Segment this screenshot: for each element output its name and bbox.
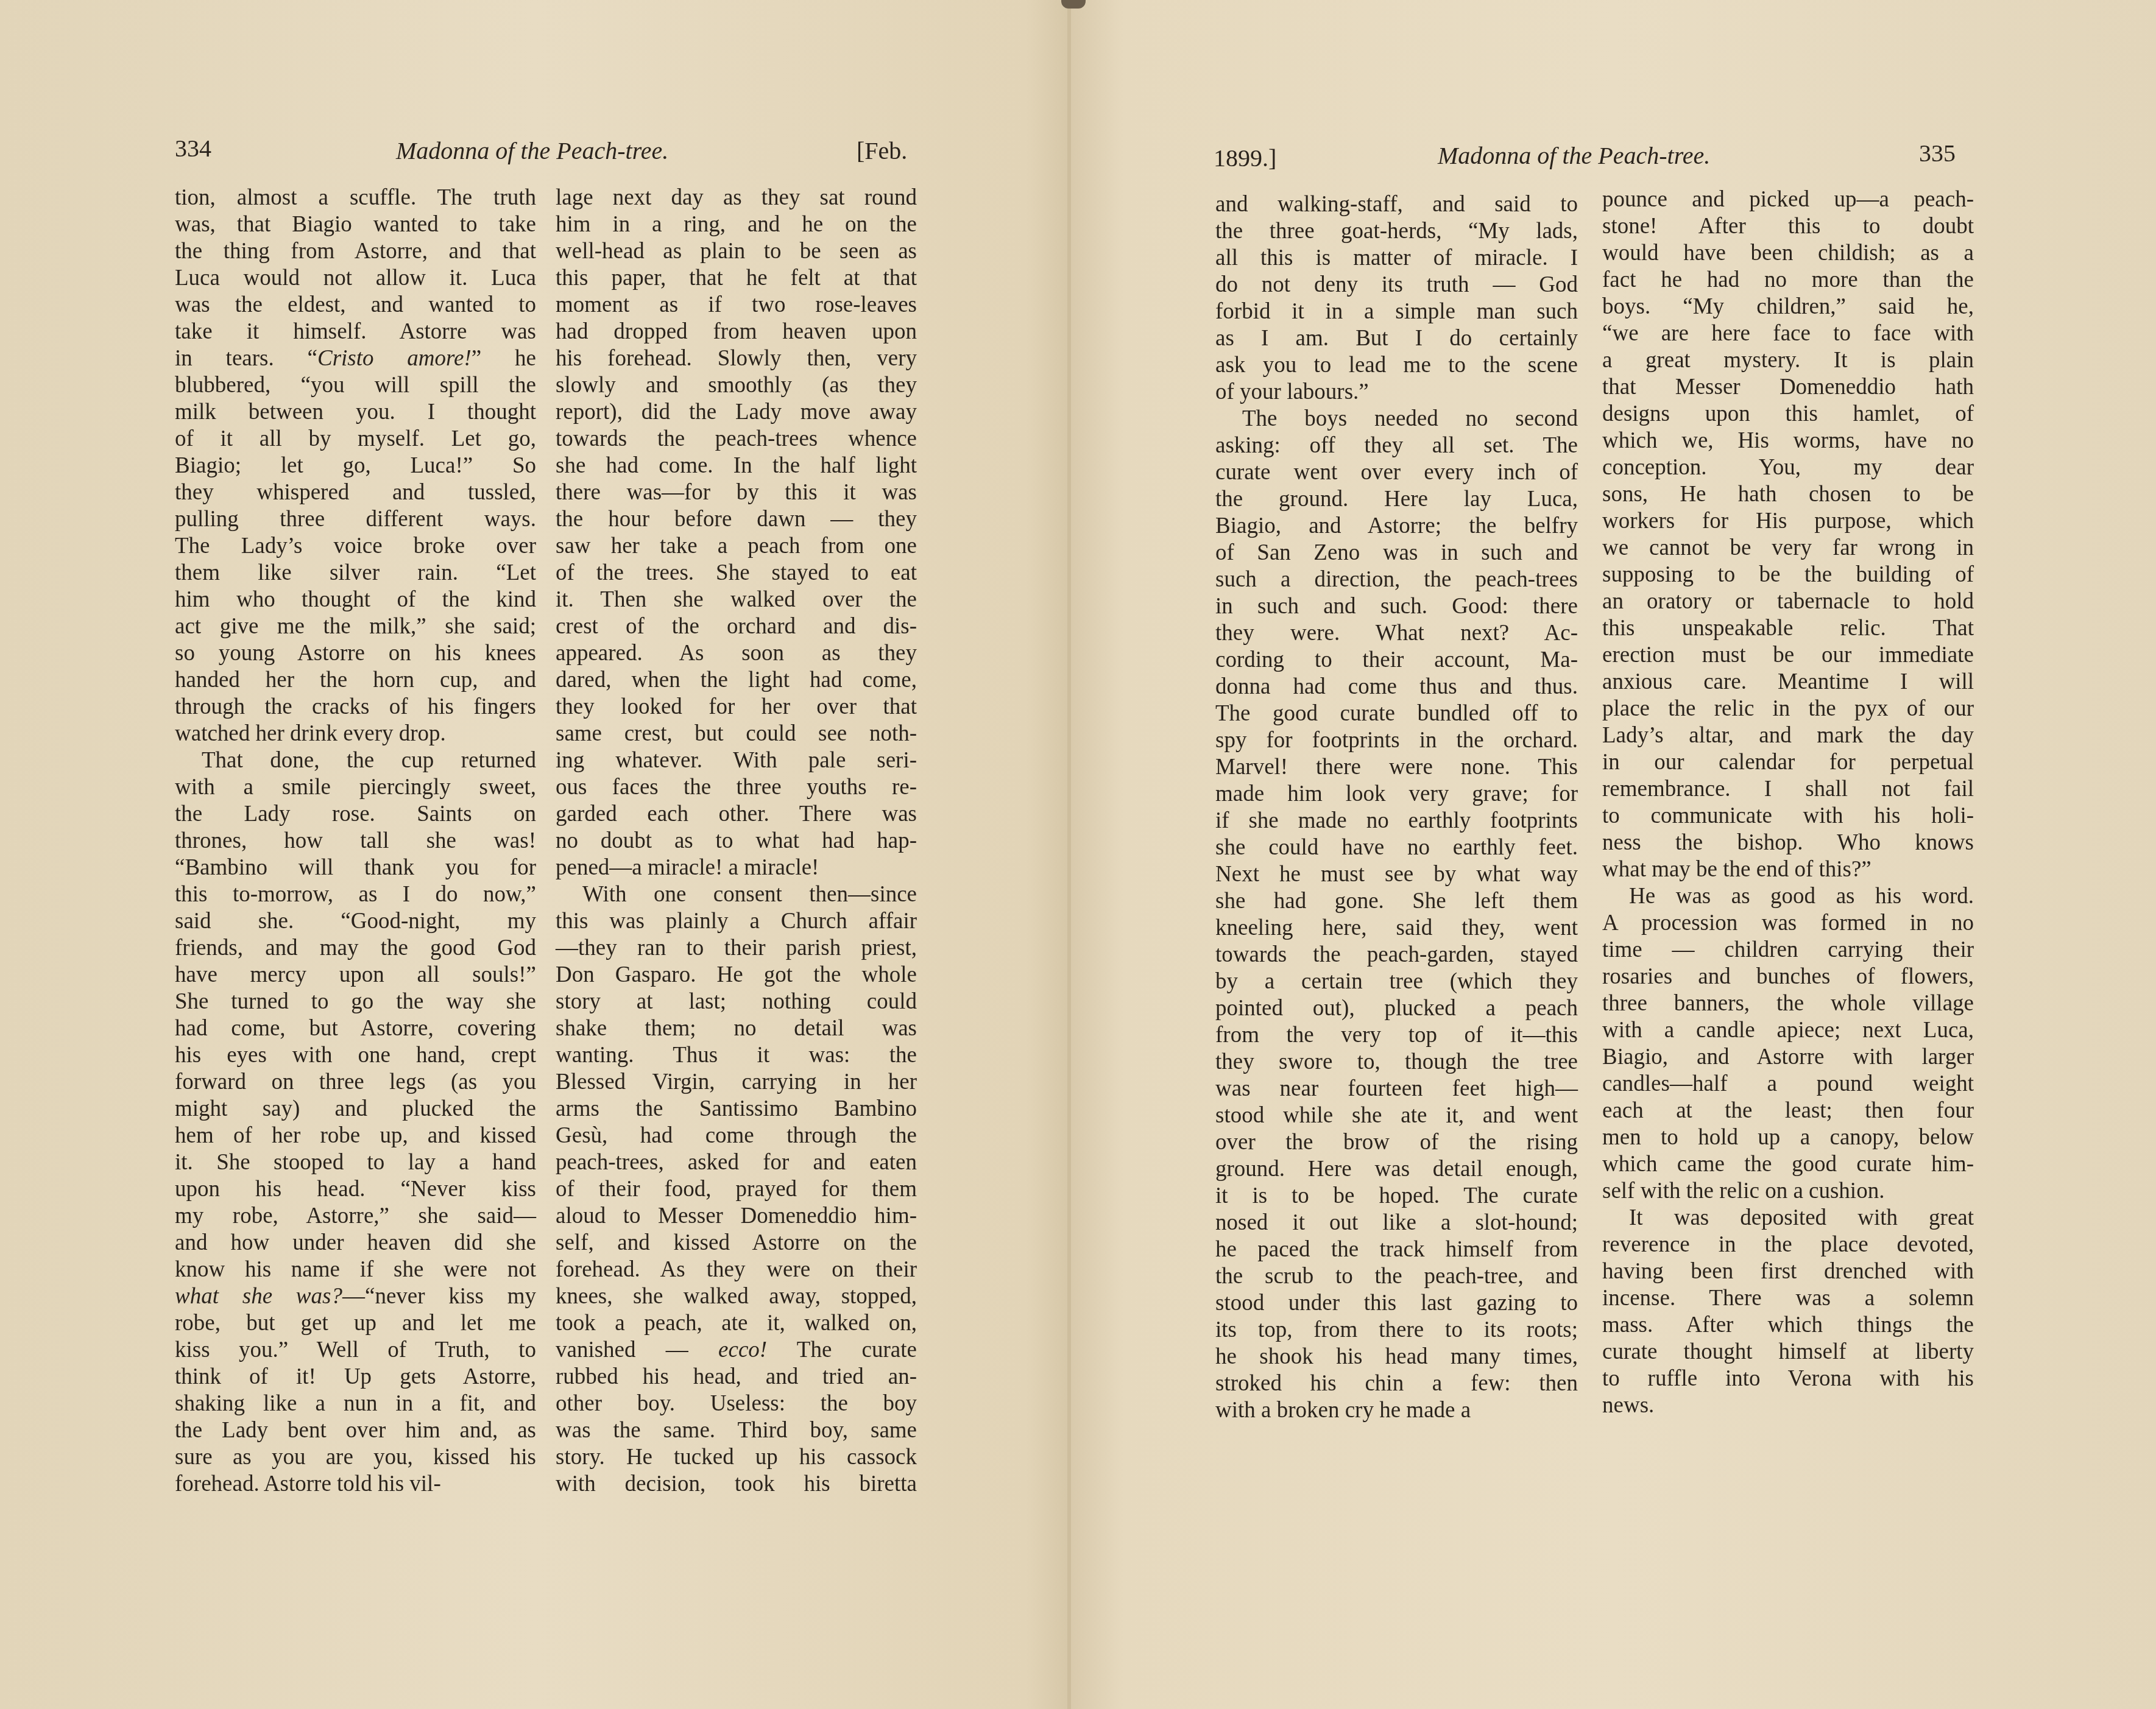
text-line: Gesù, had come through the xyxy=(556,1122,917,1149)
text-line: we cannot be very far wrong in xyxy=(1602,535,1974,562)
text-line: in such and such. Good: there xyxy=(1215,593,1578,620)
text-line: Blessed Virgin, carrying in her xyxy=(556,1069,917,1096)
text-line: fact he had no more than the xyxy=(1602,267,1974,294)
text-line: which came the good curate him- xyxy=(1602,1151,1974,1178)
text-line: story. He tucked up his cassock xyxy=(556,1444,917,1471)
text-line: with a smile piercingly sweet, xyxy=(175,774,536,801)
text-line: Lady’s altar, and mark the day xyxy=(1602,722,1974,749)
text-line: they looked for her over that xyxy=(556,694,917,721)
right-column-2: pounce and picked up—a peach-stone! Afte… xyxy=(1602,186,1974,1419)
text-line: do not deny its truth — God xyxy=(1215,272,1578,298)
text-line: from the very top of it—this xyxy=(1215,1022,1578,1049)
text-line: have mercy upon all souls!” xyxy=(175,962,536,988)
text-line: That done, the cup returned xyxy=(175,747,536,774)
text-line: such a direction, the peach-trees xyxy=(1215,566,1578,593)
text-line: this paper, that he felt at that xyxy=(556,265,917,292)
text-line: he shook his head many times, xyxy=(1215,1344,1578,1370)
text-line: shaking like a nun in a fit, and xyxy=(175,1390,536,1417)
text-line: the ground. Here lay Luca, xyxy=(1215,486,1578,513)
text-line: pointed out), plucked a peach xyxy=(1215,995,1578,1022)
text-line: mass. After which things the xyxy=(1602,1312,1974,1339)
text-line: she had gone. She left them xyxy=(1215,888,1578,915)
text-line: three banners, the whole village xyxy=(1602,990,1974,1017)
text-line: well-head as plain to be seen as xyxy=(556,238,917,265)
text-line: his forehead. Slowly then, very xyxy=(556,345,917,372)
text-line: “we are here face to face with xyxy=(1602,320,1974,347)
text-line: ask you to lead me to the scene xyxy=(1215,352,1578,379)
text-line: forbid it in a simple man such xyxy=(1215,298,1578,325)
text-line: this unspeakable relic. That xyxy=(1602,615,1974,642)
text-line: stood while she ate it, and went xyxy=(1215,1102,1578,1129)
italic-phrase: what she was? xyxy=(175,1284,342,1309)
text-line: it. Then she walked over the xyxy=(556,587,917,613)
text-line: over the brow of the rising xyxy=(1215,1129,1578,1156)
text-line: A procession was formed in no xyxy=(1602,910,1974,937)
text-line: the hour before dawn — they xyxy=(556,506,917,533)
text-line: Marvel! there were none. This xyxy=(1215,754,1578,781)
text-line: self with the relic on a cushion. xyxy=(1602,1178,1974,1205)
text-line: news. xyxy=(1602,1392,1974,1419)
left-date-mark: [Feb. xyxy=(857,136,907,166)
text-line: the Lady rose. Saints on xyxy=(175,801,536,828)
text-line: act give me the milk,” she said; xyxy=(175,613,536,640)
text-line: asking: off they all set. The xyxy=(1215,432,1578,459)
text-line: him who thought of the kind xyxy=(175,587,536,613)
text-line: with a broken cry he made a xyxy=(1215,1397,1578,1424)
text-line: moment as if two rose-leaves xyxy=(556,292,917,319)
text-line: of your labours.” xyxy=(1215,379,1578,406)
text-line: donna had come thus and thus. xyxy=(1215,674,1578,700)
text-line: he paced the track himself from xyxy=(1215,1236,1578,1263)
book-gutter xyxy=(1067,0,1071,1709)
text-line: friends, and may the good God xyxy=(175,935,536,962)
text-line: men to hold up a canopy, below xyxy=(1602,1124,1974,1151)
text-line: hem of her robe up, and kissed xyxy=(175,1122,536,1149)
text-line: stone! After this to doubt xyxy=(1602,213,1974,240)
text-line: the thing from Astorre, and that xyxy=(175,238,536,265)
text-line: nosed it out like a slot-hound; xyxy=(1215,1210,1578,1236)
text-line: Biagio; let go, Luca!” So xyxy=(175,453,536,479)
text-line: aloud to Messer Domeneddio him- xyxy=(556,1203,917,1230)
text-line: knees, she walked away, stopped, xyxy=(556,1283,917,1310)
text-line: take it himself. Astorre was xyxy=(175,319,536,345)
text-line: time — children carrying their xyxy=(1602,937,1974,964)
text-line: had dropped from heaven upon xyxy=(556,319,917,345)
text-line: this to-morrow, as I do now,” xyxy=(175,881,536,908)
text-line: she could have no earthly feet. xyxy=(1215,834,1578,861)
left-running-title: Madonna of the Peach-tree. xyxy=(396,136,668,166)
text-line: handed her the horn cup, and xyxy=(175,667,536,694)
text-line: ness the bishop. Who knows xyxy=(1602,830,1974,856)
text-line: know his name if she were not xyxy=(175,1256,536,1283)
text-line: took a peach, ate it, walked on, xyxy=(556,1310,917,1337)
text-line: crest of the orchard and dis- xyxy=(556,613,917,640)
text-line: stroked his chin a few: then xyxy=(1215,1370,1578,1397)
text-line: think of it! Up gets Astorre, xyxy=(175,1364,536,1390)
text-line: arms the Santissimo Bambino xyxy=(556,1096,917,1122)
text-line: slowly and smoothly (as they xyxy=(556,372,917,399)
text-line: was, that Biagio wanted to take xyxy=(175,211,536,238)
italic-phrase: Cristo amore! xyxy=(317,346,472,371)
text-line: spy for footprints in the orchard. xyxy=(1215,727,1578,754)
text-line: a great mystery. It is plain xyxy=(1602,347,1974,374)
text-line: in tears. “Cristo amore!” he xyxy=(175,345,536,372)
text-line: the scrub to the peach-tree, and xyxy=(1215,1263,1578,1290)
text-line: forward on three legs (as you xyxy=(175,1069,536,1096)
text-line: through the cracks of his fingers xyxy=(175,694,536,721)
text-line: each at the least; then four xyxy=(1602,1098,1974,1124)
right-page-number: 335 xyxy=(1919,139,1956,168)
text-line: rubbed his head, and tried an- xyxy=(556,1364,917,1390)
text-line: so young Astorre on his knees xyxy=(175,640,536,667)
text-line: watched her drink every drop. xyxy=(175,721,536,747)
text-line: what may be the end of this?” xyxy=(1602,856,1974,883)
text-line: other boy. Useless: the boy xyxy=(556,1390,917,1417)
text-line: designs upon this hamlet, of xyxy=(1602,401,1974,428)
text-line: boys. “My children,” said he, xyxy=(1602,294,1974,320)
text-line: wanting. Thus it was: the xyxy=(556,1042,917,1069)
text-line: conception. You, my dear xyxy=(1602,454,1974,481)
text-line: candles—half a pound weight xyxy=(1602,1071,1974,1098)
text-line: with a candle apiece; next Luca, xyxy=(1602,1017,1974,1044)
text-line: workers for His purpose, which xyxy=(1602,508,1974,535)
text-line: saw her take a peach from one xyxy=(556,533,917,560)
text-line: report), did the Lady move away xyxy=(556,399,917,426)
text-line: would have been childish; as a xyxy=(1602,240,1974,267)
text-line: of their food, prayed for them xyxy=(556,1176,917,1203)
left-page-number: 334 xyxy=(175,134,211,163)
text-line: stood under this last gazing to xyxy=(1215,1290,1578,1317)
text-line: Don Gasparo. He got the whole xyxy=(556,962,917,988)
text-line: towards the peach-garden, stayed xyxy=(1215,942,1578,968)
text-line: was near fourteen feet high— xyxy=(1215,1076,1578,1102)
text-line: by a certain tree (which they xyxy=(1215,968,1578,995)
text-line: she had come. In the half light xyxy=(556,453,917,479)
text-line: peach-trees, asked for and eaten xyxy=(556,1149,917,1176)
text-line: curate thought himself at liberty xyxy=(1602,1339,1974,1365)
text-line: Biagio, and Astorre with larger xyxy=(1602,1044,1974,1071)
text-line: towards the peach-trees whence xyxy=(556,426,917,453)
text-line: The boys needed no second xyxy=(1215,406,1578,432)
text-line: what she was?—“never kiss my xyxy=(175,1283,536,1310)
text-line: Biagio, and Astorre; the belfry xyxy=(1215,513,1578,540)
text-line: they were. What next? Ac- xyxy=(1215,620,1578,647)
text-line: its top, from there to its roots; xyxy=(1215,1317,1578,1344)
left-column-1: tion, almost a scuffle. The truthwas, th… xyxy=(175,185,536,1498)
text-line: had come, but Astorre, covering xyxy=(175,1015,536,1042)
text-line: which we, His worms, have no xyxy=(1602,428,1974,454)
text-line: was the same. Third boy, same xyxy=(556,1417,917,1444)
text-line: reverence in the place devoted, xyxy=(1602,1232,1974,1258)
text-line: garded each other. There was xyxy=(556,801,917,828)
binding-tear xyxy=(1061,0,1086,9)
text-line: place the relic in the pyx of our xyxy=(1602,696,1974,722)
text-line: story at last; nothing could xyxy=(556,988,917,1015)
right-date-mark: 1899.] xyxy=(1214,144,1276,173)
text-line: ing whatever. With pale seri- xyxy=(556,747,917,774)
text-line: self, and kissed Astorre on the xyxy=(556,1230,917,1256)
text-line: to ruffle into Verona with his xyxy=(1602,1365,1974,1392)
text-line: as I am. But I do certainly xyxy=(1215,325,1578,352)
left-column-2: lage next day as they sat roundhim in a … xyxy=(556,185,917,1498)
text-line: they whispered and tussled, xyxy=(175,479,536,506)
text-line: if she made no earthly footprints xyxy=(1215,808,1578,834)
text-line: ous faces the three youths re- xyxy=(556,774,917,801)
text-line: sure as you are you, kissed his xyxy=(175,1444,536,1471)
text-line: supposing to be the building of xyxy=(1602,562,1974,588)
text-line: blubbered, “you will spill the xyxy=(175,372,536,399)
text-line: She turned to go the way she xyxy=(175,988,536,1015)
text-line: my robe, Astorre,” she said— xyxy=(175,1203,536,1230)
text-line: of San Zeno was in such and xyxy=(1215,540,1578,566)
text-line: erection must be our immediate xyxy=(1602,642,1974,669)
text-line: with decision, took his biretta xyxy=(556,1471,917,1498)
text-line: the Lady bent over him and, as xyxy=(175,1417,536,1444)
text-line: remembrance. I shall not fail xyxy=(1602,776,1974,803)
text-line: pounce and picked up—a peach- xyxy=(1602,186,1974,213)
text-line: forehead. Astorre told his vil- xyxy=(175,1471,536,1498)
text-line: was the eldest, and wanted to xyxy=(175,292,536,319)
text-line: him in a ring, and he on the xyxy=(556,211,917,238)
text-line: The good curate bundled off to xyxy=(1215,700,1578,727)
text-line: they swore to, though the tree xyxy=(1215,1049,1578,1076)
text-line: of it all by myself. Let go, xyxy=(175,426,536,453)
text-line: tion, almost a scuffle. The truth xyxy=(175,185,536,211)
text-line: rosaries and bunches of flowers, xyxy=(1602,964,1974,990)
text-line: it. She stooped to lay a hand xyxy=(175,1149,536,1176)
text-line: Luca would not allow it. Luca xyxy=(175,265,536,292)
text-line: same crest, but could see noth- xyxy=(556,721,917,747)
text-line: said she. “Good-night, my xyxy=(175,908,536,935)
right-column-1: and walking-staff, and said tothe three … xyxy=(1215,191,1578,1424)
italic-phrase: ecco! xyxy=(718,1337,767,1362)
text-line: dared, when the light had come, xyxy=(556,667,917,694)
text-line: pened—a miracle! a miracle! xyxy=(556,855,917,881)
text-line: in our calendar for perpetual xyxy=(1602,749,1974,776)
text-line: forehead. As they were on their xyxy=(556,1256,917,1283)
text-line: and how under heaven did she xyxy=(175,1230,536,1256)
text-line: cording to their account, Ma- xyxy=(1215,647,1578,674)
text-line: appeared. As soon as they xyxy=(556,640,917,667)
text-line: vanished — ecco! The curate xyxy=(556,1337,917,1364)
text-line: upon his head. “Never kiss xyxy=(175,1176,536,1203)
text-line: incense. There was a solemn xyxy=(1602,1285,1974,1312)
text-line: sons, He hath chosen to be xyxy=(1602,481,1974,508)
text-line: and walking-staff, and said to xyxy=(1215,191,1578,218)
right-running-title: Madonna of the Peach-tree. xyxy=(1438,141,1710,171)
text-line: The Lady’s voice broke over xyxy=(175,533,536,560)
text-line: “Bambino will thank you for xyxy=(175,855,536,881)
text-line: there was—for by this it was xyxy=(556,479,917,506)
text-line: them like silver rain. “Let xyxy=(175,560,536,587)
text-line: no doubt as to what had hap- xyxy=(556,828,917,855)
text-line: kiss you.” Well of Truth, to xyxy=(175,1337,536,1364)
text-line: might say) and plucked the xyxy=(175,1096,536,1122)
text-line: that Messer Domeneddio hath xyxy=(1602,374,1974,401)
text-line: Next he must see by what way xyxy=(1215,861,1578,888)
text-line: anxious care. Meantime I will xyxy=(1602,669,1974,696)
text-line: ground. Here was detail enough, xyxy=(1215,1156,1578,1183)
text-line: having been first drenched with xyxy=(1602,1258,1974,1285)
text-line: the three goat-herds, “My lads, xyxy=(1215,218,1578,245)
text-line: this was plainly a Church affair xyxy=(556,908,917,935)
text-line: curate went over every inch of xyxy=(1215,459,1578,486)
text-line: He was as good as his word. xyxy=(1602,883,1974,910)
text-line: an oratory or tabernacle to hold xyxy=(1602,588,1974,615)
text-line: lage next day as they sat round xyxy=(556,185,917,211)
text-line: thrones, how tall she was! xyxy=(175,828,536,855)
text-line: it is to be hoped. The curate xyxy=(1215,1183,1578,1210)
text-line: milk between you. I thought xyxy=(175,399,536,426)
text-line: kneeling here, said they, went xyxy=(1215,915,1578,942)
text-line: of the trees. She stayed to eat xyxy=(556,560,917,587)
text-line: shake them; no detail was xyxy=(556,1015,917,1042)
text-line: It was deposited with great xyxy=(1602,1205,1974,1232)
text-line: all this is matter of miracle. I xyxy=(1215,245,1578,272)
text-line: made him look very grave; for xyxy=(1215,781,1578,808)
text-line: to communicate with his holi- xyxy=(1602,803,1974,830)
text-line: robe, but get up and let me xyxy=(175,1310,536,1337)
text-line: pulling three different ways. xyxy=(175,506,536,533)
text-line: his eyes with one hand, crept xyxy=(175,1042,536,1069)
text-line: With one consent then—since xyxy=(556,881,917,908)
text-line: —they ran to their parish priest, xyxy=(556,935,917,962)
